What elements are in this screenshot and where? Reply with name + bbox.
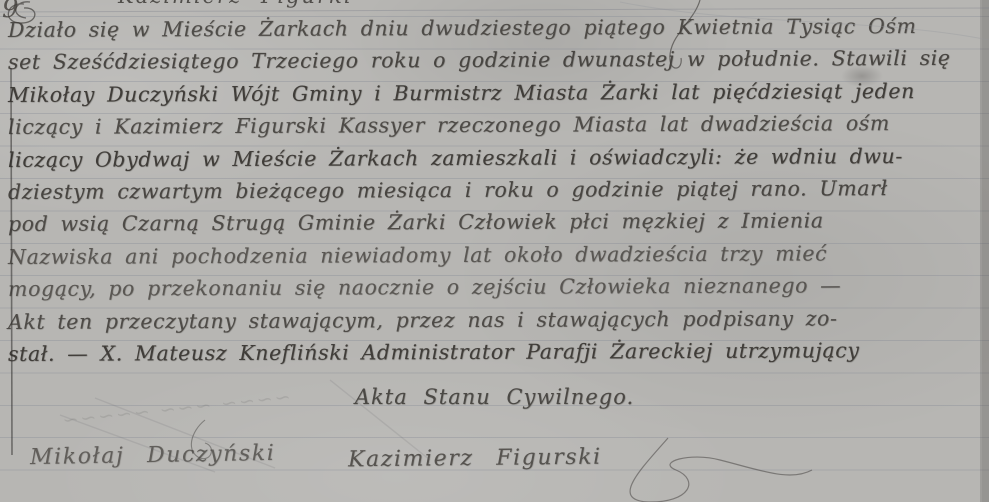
manuscript-line: Akt ten przeczytany stawającym, przez na…	[0, 301, 989, 338]
manuscript-line: set Sześćdziesiątego Trzeciego roku o go…	[0, 42, 989, 79]
manuscript-line: stał. — X. Mateusz Knefliński Administra…	[0, 334, 989, 371]
manuscript-line: liczący Obydwaj w Mieście Żarkach zamies…	[0, 139, 989, 176]
signature-right: Kazimierz Figurski	[348, 445, 602, 473]
manuscript-line: mogący, po przekonaniu się naocznie o ze…	[0, 269, 989, 306]
manuscript-line: Mikołay Duczyński Wójt Gminy i Burmistrz…	[0, 74, 989, 111]
signature-left: Mikołaj Duczyński	[30, 441, 276, 470]
clipped-header-line: Kazimierz Figurki	[118, 0, 353, 8]
manuscript-line: Działo się w Mieście Żarkach dniu dwudzi…	[0, 10, 989, 47]
manuscript-line: liczący i Kazimierz Figurski Kassyer rze…	[0, 107, 989, 144]
paraph-flourish	[630, 438, 812, 502]
manuscript-line: Nazwiska ani pochodzenia niewiadomy lat …	[0, 236, 989, 273]
scanned-document-page: 9 Kazimierz Figurki Działo się w Mieście…	[0, 0, 989, 502]
manuscript-body: Działo się w Mieście Żarkach dniu dwudzi…	[0, 14, 989, 370]
manuscript-line: dziestym czwartym bieżącego miesiąca i r…	[0, 172, 989, 209]
manuscript-line: pod wsią Czarną Strugą Gminie Żarki Czło…	[0, 204, 989, 241]
